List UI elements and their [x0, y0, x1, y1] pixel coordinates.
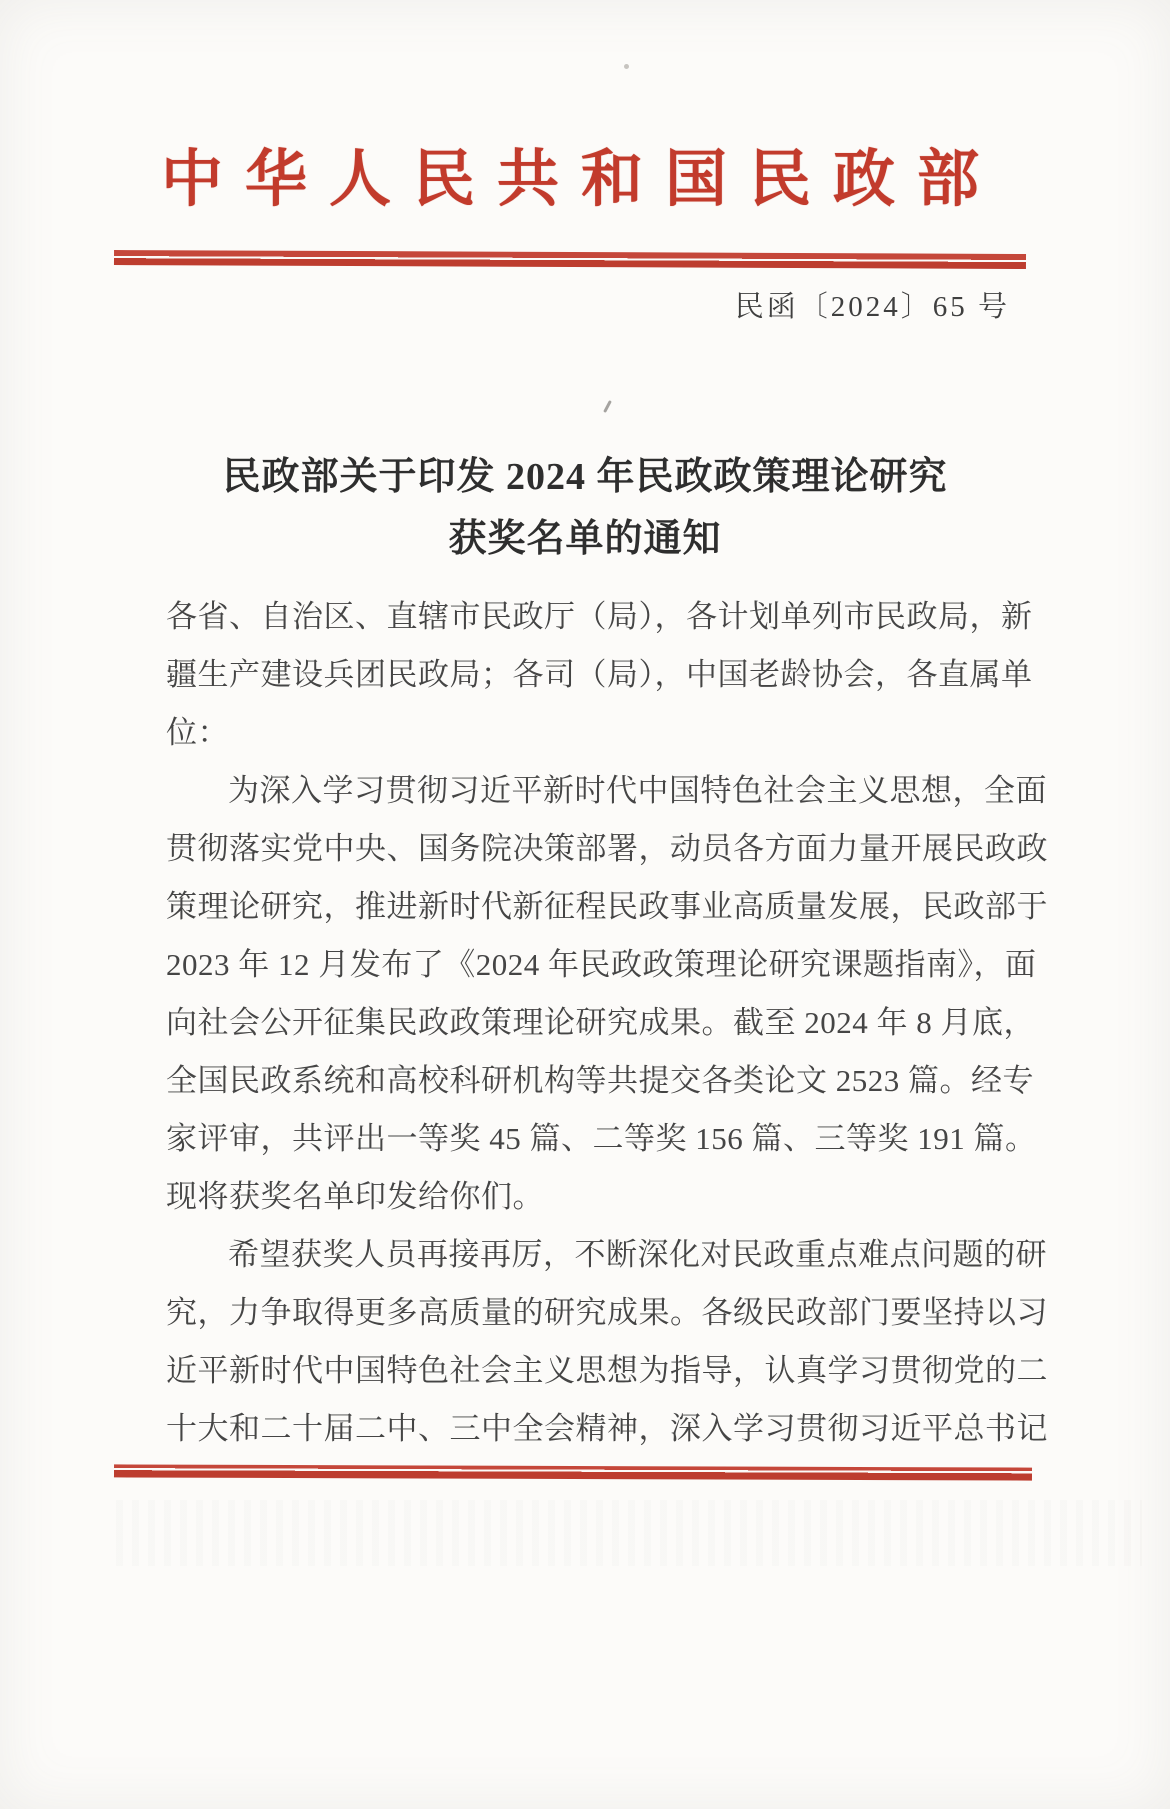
footer-divider-line: [114, 1464, 1032, 1480]
body-line: 贯彻落实党中央、国务院决策部署，动员各方面力量开展民政政: [166, 820, 1050, 878]
document-title-line2: 获奖名单的通知: [130, 508, 1040, 570]
body-line: 近平新时代中国特色社会主义思想为指导，认真学习贯彻党的二: [166, 1342, 1050, 1400]
body-line: 希望获奖人员再接再厉，不断深化对民政重点难点问题的研: [166, 1226, 1050, 1284]
scan-texture-band: [116, 1500, 1142, 1566]
letterhead-divider-line: [114, 250, 1026, 269]
body-line: 各省、自治区、直辖市民政厅（局），各计划单列市民政局，新: [166, 588, 1050, 646]
body-line: 全国民政系统和高校科研机构等共提交各类论文 2523 篇。经专: [166, 1052, 1050, 1110]
body-line: 家评审，共评出一等奖 45 篇、二等奖 156 篇、三等奖 191 篇。: [166, 1110, 1050, 1168]
document-page: 中华人民共和国民政部 民函〔2024〕65 号 民政部关于印发 2024 年民政…: [0, 0, 1170, 1809]
body-line: 现将获奖名单印发给你们。: [166, 1168, 1050, 1226]
body-line: 策理论研究，推进新时代新征程民政事业高质量发展，民政部于: [166, 878, 1050, 936]
document-number: 民函〔2024〕65 号: [735, 286, 1010, 328]
body-line: 疆生产建设兵团民政局；各司（局），中国老龄协会，各直属单: [166, 646, 1050, 704]
body-line: 究，力争取得更多高质量的研究成果。各级民政部门要坚持以习: [166, 1284, 1050, 1342]
body-line: 向社会公开征集民政政策理论研究成果。截至 2024 年 8 月底，: [166, 994, 1050, 1052]
body-line: 十大和二十届二中、三中全会精神，深入学习贯彻习近平总书记: [166, 1400, 1050, 1458]
body-line: 2023 年 12 月发布了《2024 年民政政策理论研究课题指南》，面: [166, 936, 1050, 994]
scan-speck-top: [624, 64, 629, 69]
body-line: 位：: [166, 704, 1050, 762]
document-title-line1: 民政部关于印发 2024 年民政政策理论研究: [130, 446, 1040, 508]
letterhead-org-title: 中华人民共和国民政部: [100, 140, 1040, 220]
document-body: 各省、自治区、直辖市民政厅（局），各计划单列市民政局，新疆生产建设兵团民政局；各…: [166, 588, 1050, 1458]
scan-speck-above-title: [603, 400, 612, 413]
body-line: 为深入学习贯彻习近平新时代中国特色社会主义思想，全面: [166, 762, 1050, 820]
document-title: 民政部关于印发 2024 年民政政策理论研究 获奖名单的通知: [130, 446, 1040, 570]
